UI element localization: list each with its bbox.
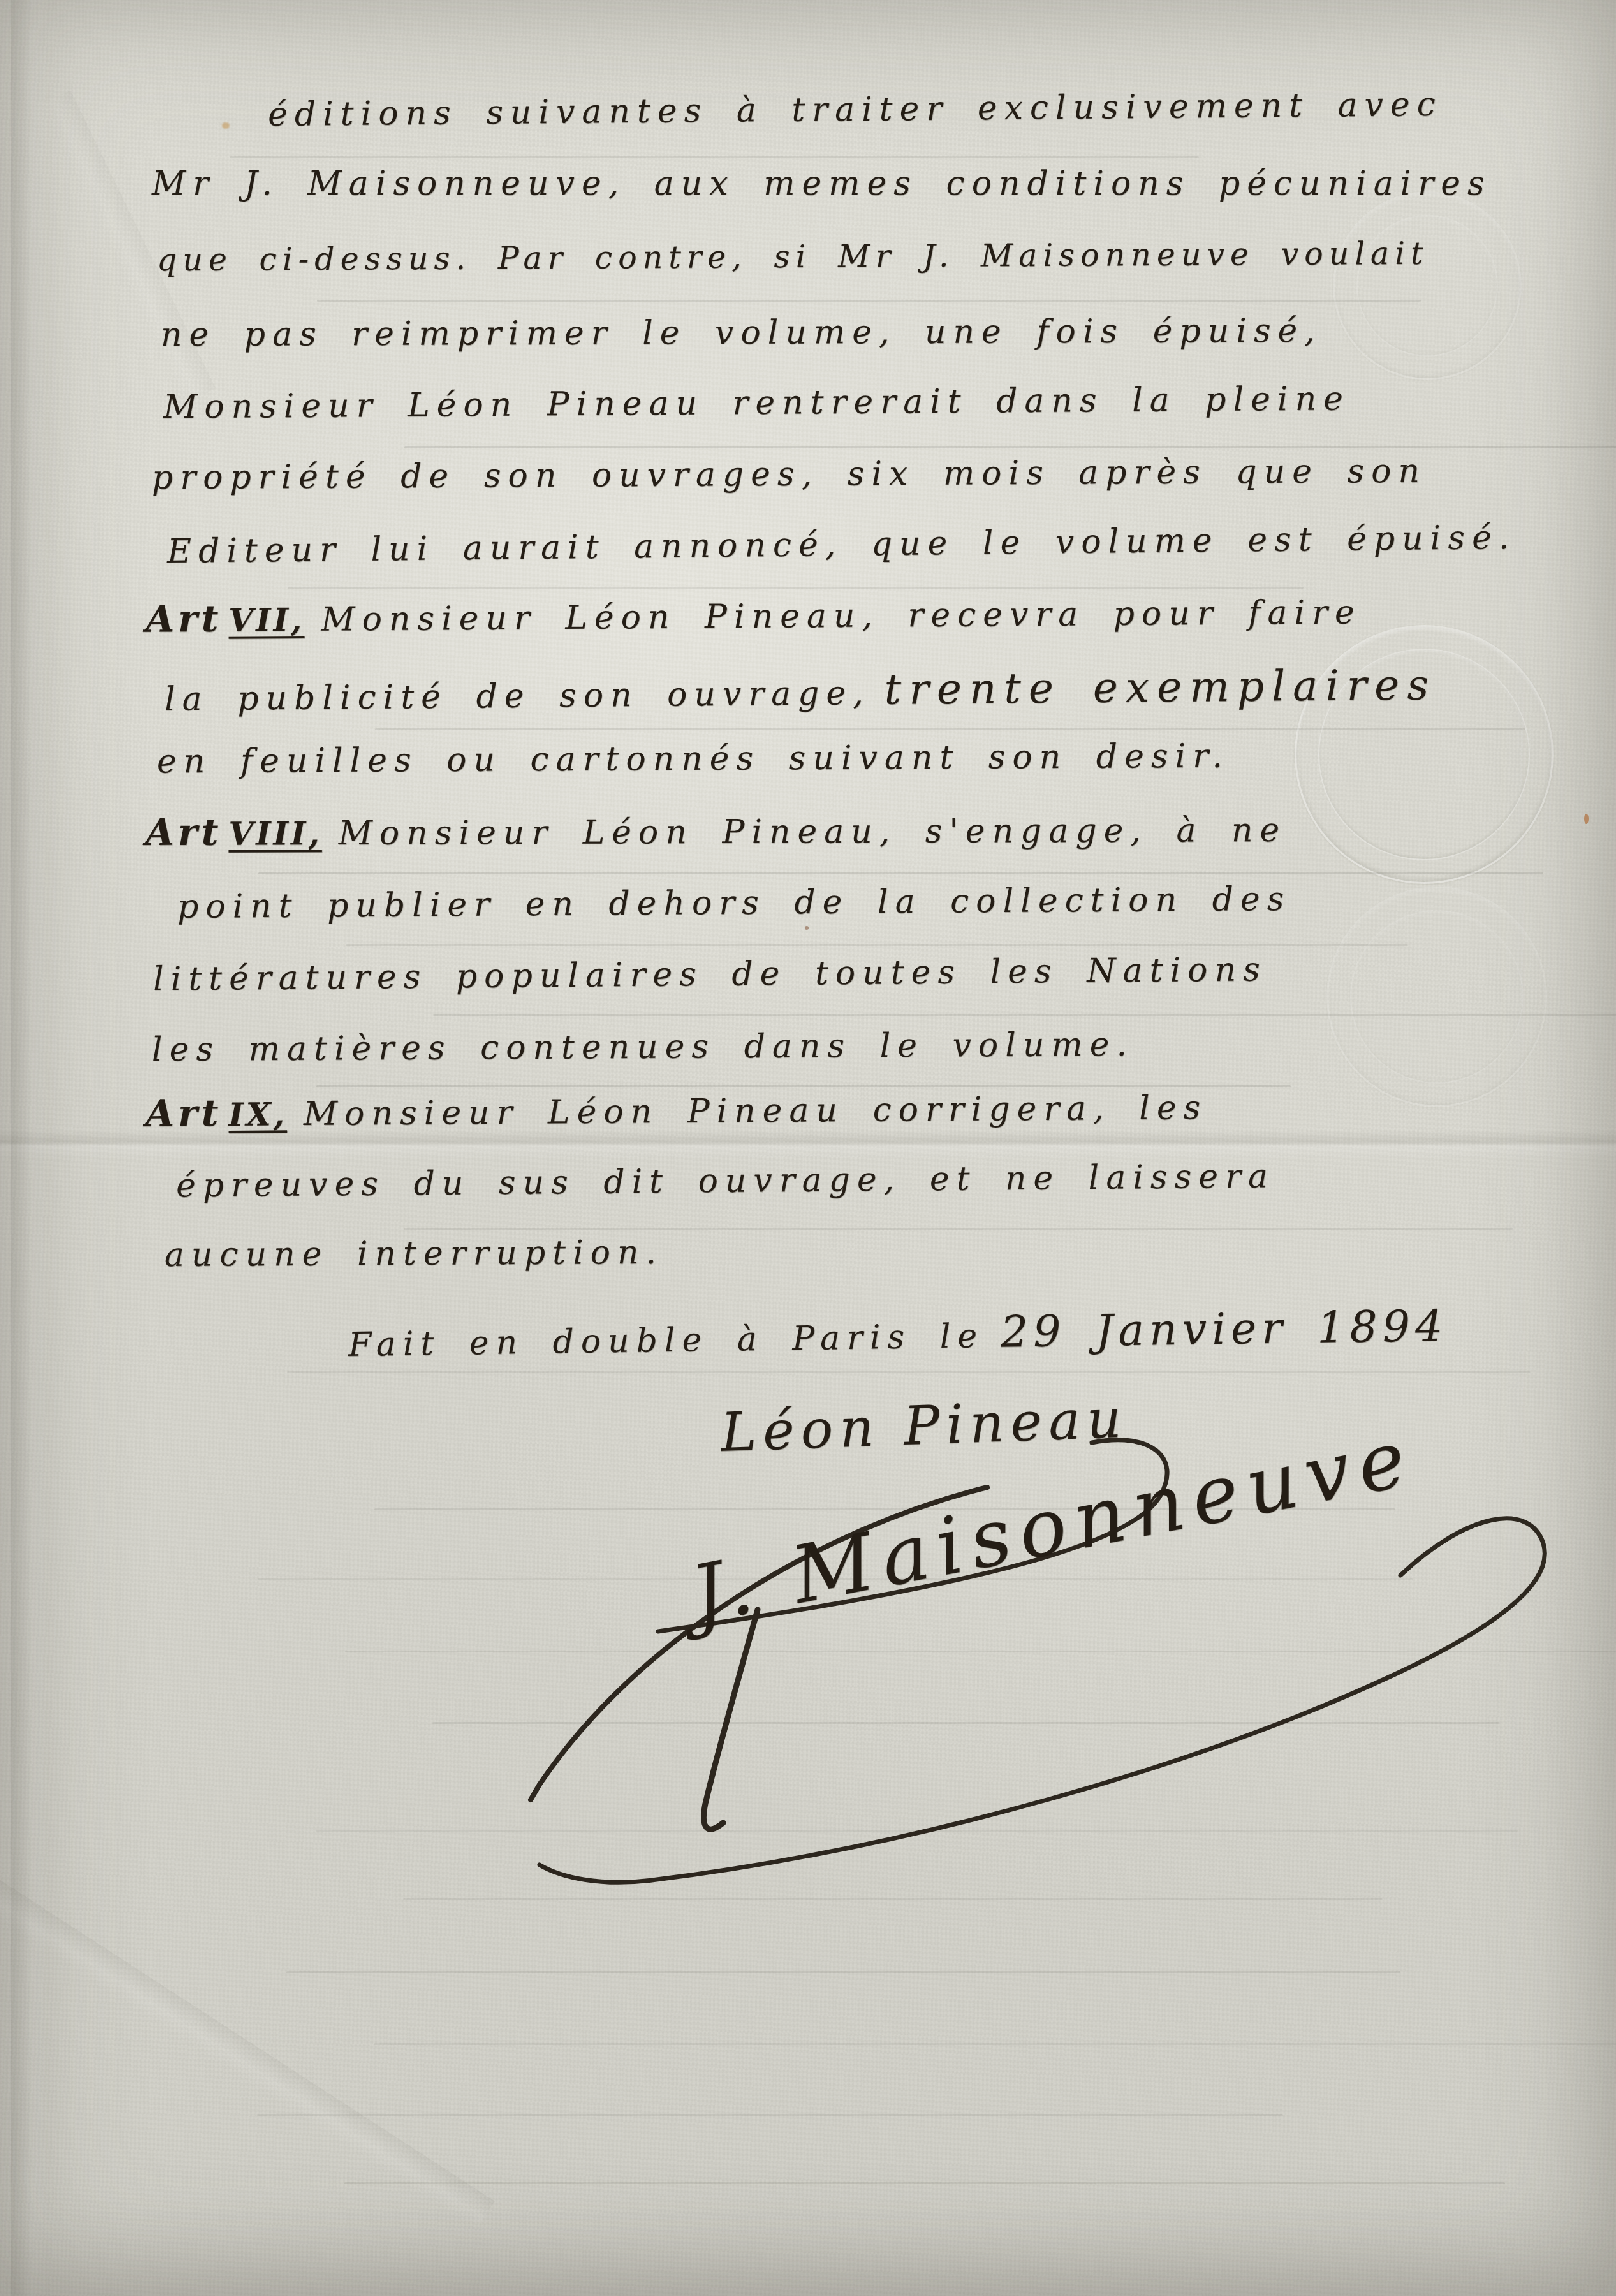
ruled-line <box>375 728 1525 730</box>
ruled-line <box>345 1651 1616 1652</box>
ruled-line <box>344 2182 1505 2184</box>
manuscript-line: littératures populaires de toutes les Na… <box>153 950 1267 998</box>
manuscript-line: ne pas reimprimer le volume, une fois ép… <box>161 312 1322 354</box>
line-text: littératures populaires de toutes les Na… <box>153 950 1267 998</box>
line-text: propriété de son ouvrages, six mois aprè… <box>152 452 1427 497</box>
manuscript-line: Monsieur Léon Pineau rentrerait dans la … <box>163 380 1350 427</box>
left-edge-crease <box>11 0 50 2296</box>
embossed-seal-lower <box>1326 887 1547 1107</box>
manuscript-line: en feuilles ou cartonnés suivant son des… <box>157 737 1230 781</box>
embossed-seal-faint <box>1333 191 1522 380</box>
article-word: Art <box>145 1091 223 1135</box>
line-text: Mr J. Maisonneuve, aux memes conditions … <box>152 165 1492 203</box>
ruled-line <box>287 1371 1531 1373</box>
manuscript-line-article: ArtIX,Monsieur Léon Pineau corrigera, le… <box>145 1084 1208 1135</box>
ruled-line <box>316 1830 1518 1832</box>
line-text: Monsieur Léon Pineau rentrerait dans la … <box>163 380 1350 427</box>
paper-speck <box>1584 814 1589 824</box>
manuscript-line-dateline: Fait en double à Paris le29 Janvier 1894 <box>348 1301 1448 1367</box>
closing-date: 29 Janvier 1894 <box>1000 1301 1448 1358</box>
line-text: Editeur lui aurait annoncé, que le volum… <box>167 519 1517 571</box>
line-text: les matières contenues dans le volume. <box>152 1026 1134 1069</box>
manuscript-line: les matières contenues dans le volume. <box>152 1026 1134 1069</box>
article-word: Art <box>145 811 223 854</box>
article-number: IX, <box>228 1095 287 1133</box>
ruled-line <box>346 944 1408 946</box>
line-text: aucune interruption. <box>165 1233 663 1274</box>
line-text: Monsieur Léon Pineau, s'engage, à ne <box>339 811 1287 853</box>
ruled-line <box>432 1722 1500 1724</box>
manuscript-line-article: ArtVII,Monsieur Léon Pineau, recevra pou… <box>145 589 1362 640</box>
ruled-line <box>288 587 1304 589</box>
manuscript-page: éditions suivantes à traiter exclusiveme… <box>0 0 1616 2296</box>
article-number: VIII, <box>228 814 322 853</box>
line-text: épreuves du sus dit ouvrage, et ne laiss… <box>176 1157 1275 1205</box>
manuscript-line: point publier en dehors de la collection… <box>177 880 1291 926</box>
line-text: la publicité de son ouvrage, <box>165 674 870 719</box>
ruled-line <box>433 1014 1616 1016</box>
line-text: Monsieur Léon Pineau, recevra pour faire <box>321 593 1362 638</box>
ruled-line <box>404 1228 1513 1230</box>
ruled-line <box>258 872 1543 874</box>
line-text: en feuilles ou cartonnés suivant son des… <box>157 737 1230 781</box>
line-text: ne pas reimprimer le volume, une fois ép… <box>161 312 1322 354</box>
line-text-emphasized: trente exemplaires <box>884 660 1436 714</box>
line-text: que ci-dessus. Par contre, si Mr J. Mais… <box>157 235 1429 278</box>
manuscript-line: éditions suivantes à traiter exclusiveme… <box>268 85 1443 134</box>
ruled-line <box>230 156 1199 158</box>
bottom-left-crease <box>0 1860 495 2230</box>
article-word: Art <box>145 597 223 641</box>
manuscript-line: aucune interruption. <box>165 1233 663 1274</box>
ruled-line <box>257 2114 1283 2116</box>
ruled-line <box>404 446 1616 448</box>
manuscript-line: Mr J. Maisonneuve, aux memes conditions … <box>152 165 1492 203</box>
article-number: VII, <box>228 601 304 639</box>
paper-speck <box>222 122 230 129</box>
signature-leon-pineau: Léon Pineau <box>719 1387 1128 1464</box>
line-text: Monsieur Léon Pineau corrigera, les <box>304 1089 1208 1133</box>
line-text: point publier en dehors de la collection… <box>177 880 1291 926</box>
manuscript-line: la publicité de son ouvrage,trente exemp… <box>165 660 1437 720</box>
signature-name: Léon Pineau <box>719 1387 1128 1464</box>
ruled-line <box>286 1971 1400 1973</box>
manuscript-line-article: ArtVIII,Monsieur Léon Pineau, s'engage, … <box>145 807 1286 854</box>
ruled-line <box>317 300 1421 302</box>
closing-phrase: Fait en double à Paris le <box>348 1317 985 1364</box>
manuscript-line: Editeur lui aurait annoncé, que le volum… <box>167 519 1517 571</box>
manuscript-line: épreuves du sus dit ouvrage, et ne laiss… <box>176 1157 1275 1205</box>
manuscript-line: propriété de son ouvrages, six mois aprè… <box>152 452 1427 497</box>
line-text: éditions suivantes à traiter exclusiveme… <box>268 85 1443 134</box>
ruled-line <box>403 1898 1383 1900</box>
manuscript-line: que ci-dessus. Par contre, si Mr J. Mais… <box>157 235 1429 278</box>
paper-speck <box>805 926 809 930</box>
ruled-line <box>374 2043 1616 2045</box>
